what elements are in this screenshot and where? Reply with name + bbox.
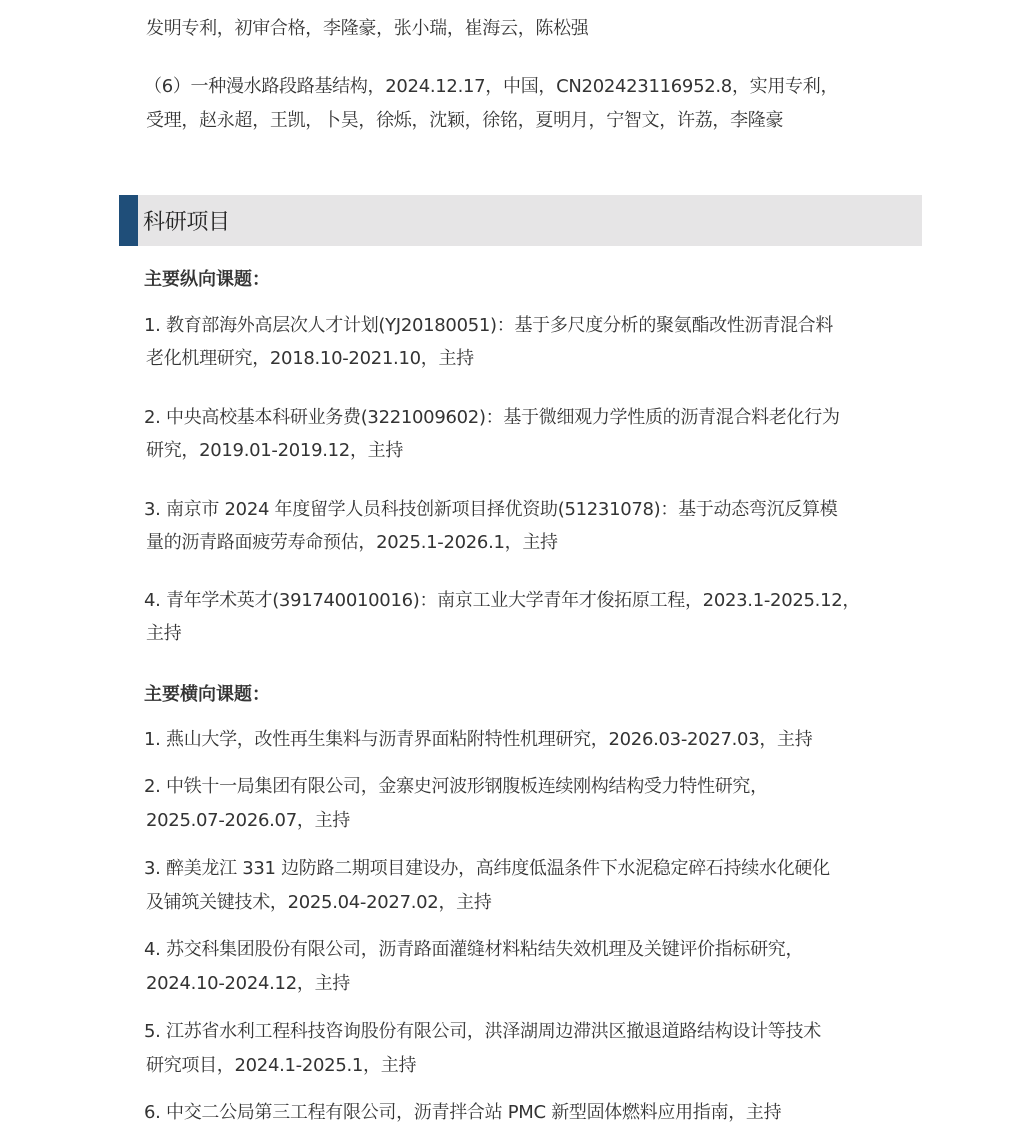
section-title: 科研项目 bbox=[143, 205, 230, 236]
patent-item-6-line2: 受理，赵永超，王凯，卜昊，徐烁，沈颖，徐铭，夏明月，宁智文，许荔，李隆豪 bbox=[146, 104, 921, 137]
vertical-item-3-line2: 量的沥青路面疲劳寿命预估，2025.1-2026.1，主持 bbox=[146, 526, 921, 559]
vertical-projects-heading: 主要纵向课题： bbox=[144, 265, 270, 291]
horizontal-item-4-line1: 4. 苏交科集团股份有限公司，沥青路面灌缝材料粘结失效机理及关键评价指标研究， bbox=[144, 933, 919, 966]
section-header-research-projects: 科研项目 bbox=[119, 195, 922, 246]
vertical-item-3-line1: 3. 南京市 2024 年度留学人员科技创新项目择优资助(51231078)：基… bbox=[144, 493, 919, 526]
horizontal-item-5-line1: 5. 江苏省水利工程科技咨询股份有限公司，洪泽湖周边滞洪区撤退道路结构设计等技术 bbox=[144, 1015, 919, 1048]
horizontal-item-1-line1: 1. 燕山大学，改性再生集料与沥青界面粘附特性机理研究，2026.03-2027… bbox=[144, 723, 919, 756]
patent-item-6-line1: （6）一种漫水路段路基结构，2024.12.17，中国，CN2024231169… bbox=[144, 70, 919, 103]
vertical-item-1-line2: 老化机理研究，2018.10-2021.10，主持 bbox=[146, 342, 921, 375]
horizontal-item-3-line1: 3. 醉美龙江 331 边防路二期项目建设办，高纬度低温条件下水泥稳定碎石持续水… bbox=[144, 852, 919, 885]
horizontal-item-5-line2: 研究项目，2024.1-2025.1，主持 bbox=[146, 1049, 921, 1082]
vertical-item-4-line1: 4. 青年学术英才(391740010016)：南京工业大学青年才俊拓原工程，2… bbox=[144, 584, 919, 617]
horizontal-item-6-line1: 6. 中交二公局第三工程有限公司，沥青拌合站 PMC 新型固体燃料应用指南，主持 bbox=[144, 1096, 919, 1129]
vertical-item-4-line2: 主持 bbox=[146, 617, 921, 650]
horizontal-projects-heading: 主要横向课题： bbox=[144, 680, 270, 706]
section-accent-bar bbox=[119, 195, 138, 246]
vertical-item-2-line2: 研究，2019.01-2019.12，主持 bbox=[146, 434, 921, 467]
horizontal-item-2-line2: 2025.07-2026.07，主持 bbox=[146, 804, 921, 837]
vertical-item-2-line1: 2. 中央高校基本科研业务费(3221009602)：基于微细观力学性质的沥青混… bbox=[144, 401, 919, 434]
horizontal-item-3-line2: 及铺筑关键技术，2025.04-2027.02，主持 bbox=[146, 886, 921, 919]
vertical-item-1-line1: 1. 教育部海外高层次人才计划(YJ20180051)：基于多尺度分析的聚氨酯改… bbox=[144, 309, 919, 342]
horizontal-item-2-line1: 2. 中铁十一局集团有限公司，金寨史河波形钢腹板连续刚构结构受力特性研究， bbox=[144, 770, 919, 803]
patent-item-5-continuation: 发明专利，初审合格，李隆豪，张小瑞，崔海云，陈松强 bbox=[146, 12, 921, 45]
horizontal-item-4-line2: 2024.10-2024.12，主持 bbox=[146, 967, 921, 1000]
